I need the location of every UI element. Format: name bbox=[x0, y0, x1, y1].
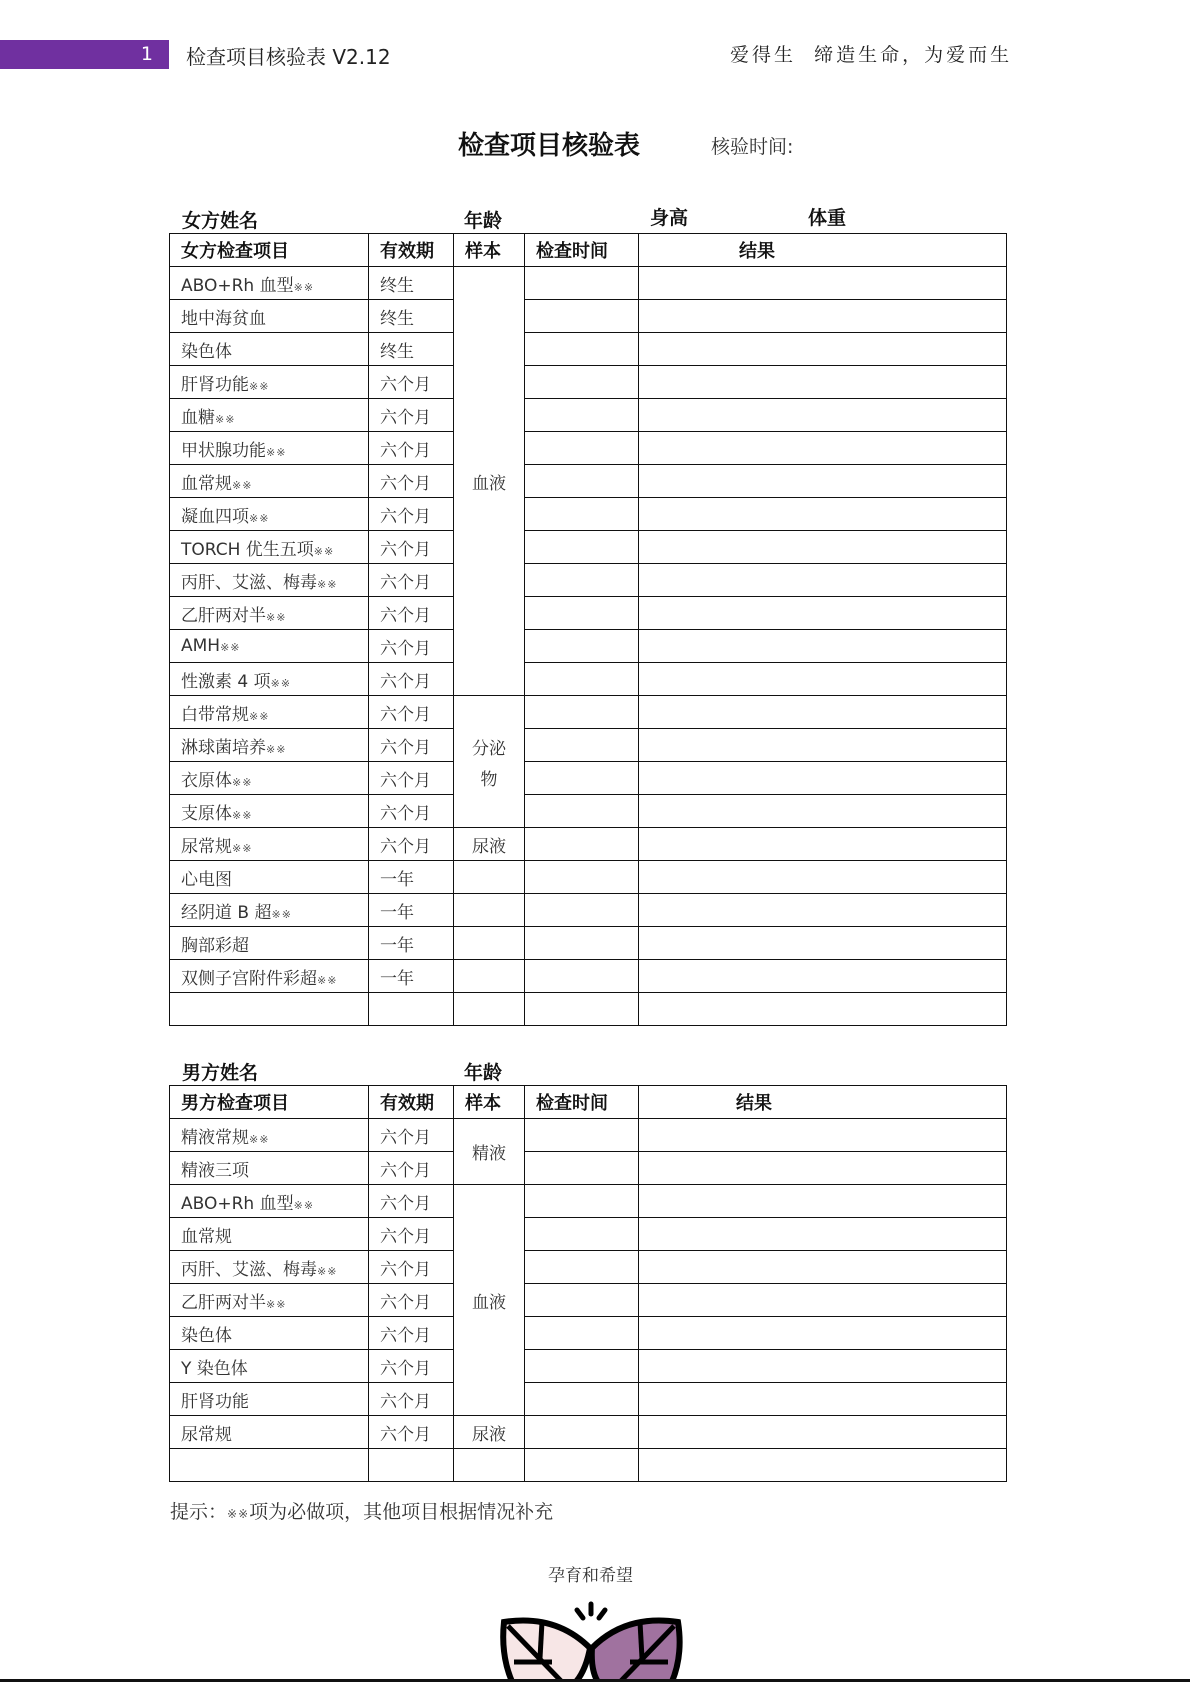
exam-time-field[interactable] bbox=[525, 1284, 639, 1317]
exam-item-name: 染色体 bbox=[181, 342, 232, 362]
exam-time-field[interactable] bbox=[525, 663, 639, 696]
exam-item-cell: 血常规※※ bbox=[170, 465, 369, 498]
validity-cell: 六个月 bbox=[369, 630, 454, 663]
result-field[interactable] bbox=[639, 960, 1007, 993]
exam-time-field[interactable] bbox=[525, 1218, 639, 1251]
exam-time-field[interactable] bbox=[525, 729, 639, 762]
exam-item-cell: 衣原体※※ bbox=[170, 762, 369, 795]
exam-time-field[interactable] bbox=[525, 1119, 639, 1152]
verify-time-label: 核验时间: bbox=[711, 132, 793, 159]
female-height-label: 身高 bbox=[650, 203, 688, 230]
required-mark-icon: ※※ bbox=[266, 446, 286, 459]
result-field[interactable] bbox=[639, 762, 1007, 795]
sample-cell: 尿液 bbox=[454, 1416, 525, 1449]
result-field[interactable] bbox=[639, 465, 1007, 498]
result-field[interactable] bbox=[639, 366, 1007, 399]
exam-time-field[interactable] bbox=[525, 1251, 639, 1284]
exam-item-cell bbox=[170, 993, 369, 1026]
exam-item-name: 肝肾功能 bbox=[181, 375, 249, 395]
sample-cell bbox=[454, 927, 525, 960]
exam-item-cell: 经阴道 B 超※※ bbox=[170, 894, 369, 927]
exam-item-name: 经阴道 B 超 bbox=[181, 903, 271, 923]
result-field[interactable] bbox=[639, 1317, 1007, 1350]
result-field[interactable] bbox=[639, 630, 1007, 663]
result-field[interactable] bbox=[639, 1350, 1007, 1383]
exam-time-field[interactable] bbox=[525, 267, 639, 300]
result-field[interactable] bbox=[639, 1152, 1007, 1185]
required-mark-icon: ※※ bbox=[227, 1507, 249, 1521]
table-row: AMH※※六个月 bbox=[170, 630, 1007, 663]
required-mark-icon: ※※ bbox=[266, 1298, 286, 1311]
validity-cell: 六个月 bbox=[369, 1185, 454, 1218]
exam-item-name: 淋球菌培养 bbox=[181, 738, 266, 758]
exam-time-field[interactable] bbox=[525, 531, 639, 564]
sample-type-label: 物 bbox=[454, 765, 524, 790]
table-header-row: 女方检查项目 有效期 样本 检查时间 结果 bbox=[170, 234, 1007, 267]
table-row: 血糖※※六个月 bbox=[170, 399, 1007, 432]
result-field[interactable] bbox=[639, 993, 1007, 1026]
sample-type-label: 精液 bbox=[454, 1139, 524, 1164]
table-row: 淋球菌培养※※六个月 bbox=[170, 729, 1007, 762]
exam-time-field[interactable] bbox=[525, 927, 639, 960]
exam-item-cell: 支原体※※ bbox=[170, 795, 369, 828]
table-row: 心电图一年 bbox=[170, 861, 1007, 894]
exam-item-name: 白带常规 bbox=[181, 705, 249, 725]
sample-cell: 血液 bbox=[454, 267, 525, 696]
sample-type-label: 血液 bbox=[454, 469, 524, 494]
exam-item-cell: 双侧子宫附件彩超※※ bbox=[170, 960, 369, 993]
exam-item-cell bbox=[170, 1449, 369, 1482]
required-mark-icon: ※※ bbox=[271, 908, 291, 921]
sample-type-label: 尿液 bbox=[454, 1420, 524, 1445]
validity-cell bbox=[369, 993, 454, 1026]
exam-item-name: 精液常规 bbox=[181, 1128, 249, 1148]
required-mark-icon: ※※ bbox=[232, 809, 252, 822]
exam-item-cell: 精液三项 bbox=[170, 1152, 369, 1185]
exam-item-name: ABO+Rh 血型 bbox=[181, 276, 294, 296]
table-row: 染色体六个月 bbox=[170, 1317, 1007, 1350]
exam-item-name: 地中海贫血 bbox=[181, 309, 266, 329]
exam-time-field[interactable] bbox=[525, 366, 639, 399]
page-title: 检查项目核验表 bbox=[458, 125, 640, 162]
result-field[interactable] bbox=[639, 597, 1007, 630]
exam-time-field[interactable] bbox=[525, 564, 639, 597]
table-row: 尿常规六个月尿液 bbox=[170, 1416, 1007, 1449]
validity-cell: 终生 bbox=[369, 267, 454, 300]
exam-time-field[interactable] bbox=[525, 1416, 639, 1449]
table-row: 胸部彩超一年 bbox=[170, 927, 1007, 960]
exam-time-field[interactable] bbox=[525, 696, 639, 729]
result-field[interactable] bbox=[639, 1416, 1007, 1449]
exam-item-name: 尿常规 bbox=[181, 1425, 232, 1445]
exam-item-cell: ABO+Rh 血型※※ bbox=[170, 1185, 369, 1218]
table-row: 精液三项六个月 bbox=[170, 1152, 1007, 1185]
required-mark-icon: ※※ bbox=[317, 974, 337, 987]
result-field[interactable] bbox=[639, 531, 1007, 564]
required-mark-icon: ※※ bbox=[232, 479, 252, 492]
female-exam-table: 女方检查项目 有效期 样本 检查时间 结果 ABO+Rh 血型※※终生血液地中海… bbox=[169, 233, 1007, 1026]
col-header-item: 女方检查项目 bbox=[170, 234, 369, 267]
result-field[interactable] bbox=[639, 564, 1007, 597]
table-row: ABO+Rh 血型※※终生血液 bbox=[170, 267, 1007, 300]
table-row: 白带常规※※六个月分泌物 bbox=[170, 696, 1007, 729]
exam-time-field[interactable] bbox=[525, 630, 639, 663]
validity-cell: 六个月 bbox=[369, 1383, 454, 1416]
table-row: 肝肾功能六个月 bbox=[170, 1383, 1007, 1416]
col-header-validity: 有效期 bbox=[369, 234, 454, 267]
exam-item-name: 甲状腺功能 bbox=[181, 441, 266, 461]
validity-cell: 六个月 bbox=[369, 597, 454, 630]
required-mark-icon: ※※ bbox=[232, 776, 252, 789]
validity-cell: 六个月 bbox=[369, 465, 454, 498]
result-field[interactable] bbox=[639, 333, 1007, 366]
validity-cell: 六个月 bbox=[369, 1119, 454, 1152]
male-exam-table: 男方检查项目 有效期 样本 检查时间 结果 精液常规※※六个月精液精液三项六个月… bbox=[169, 1085, 1007, 1482]
footer-tagline: 孕育和希望 bbox=[548, 1561, 633, 1586]
required-mark-icon: ※※ bbox=[317, 1265, 337, 1278]
exam-time-field[interactable] bbox=[525, 399, 639, 432]
leaf-logo-icon bbox=[496, 1600, 686, 1682]
exam-item-name: 乙肝两对半 bbox=[181, 606, 266, 626]
exam-item-cell: 淋球菌培养※※ bbox=[170, 729, 369, 762]
required-mark-icon: ※※ bbox=[266, 611, 286, 624]
required-mark-icon: ※※ bbox=[294, 281, 314, 294]
document-title: 检查项目核验表 V2.12 bbox=[186, 41, 391, 70]
exam-item-cell: 白带常规※※ bbox=[170, 696, 369, 729]
table-row: 尿常规※※六个月尿液 bbox=[170, 828, 1007, 861]
result-field[interactable] bbox=[639, 1218, 1007, 1251]
result-field[interactable] bbox=[639, 927, 1007, 960]
exam-item-name: 丙肝、艾滋、梅毒 bbox=[181, 1260, 317, 1280]
exam-item-cell: 染色体 bbox=[170, 333, 369, 366]
result-field[interactable] bbox=[639, 1119, 1007, 1152]
exam-time-field[interactable] bbox=[525, 1185, 639, 1218]
table-row: 染色体终生 bbox=[170, 333, 1007, 366]
table-row: TORCH 优生五项※※六个月 bbox=[170, 531, 1007, 564]
table-row: 甲状腺功能※※六个月 bbox=[170, 432, 1007, 465]
female-age-label: 年龄 bbox=[464, 206, 502, 233]
result-field[interactable] bbox=[639, 1251, 1007, 1284]
sample-type-label: 尿液 bbox=[454, 832, 524, 857]
required-mark-icon: ※※ bbox=[215, 413, 235, 426]
sample-cell: 血液 bbox=[454, 1185, 525, 1416]
col-header-result: 结果 bbox=[639, 234, 1007, 267]
validity-cell: 一年 bbox=[369, 960, 454, 993]
sample-cell: 尿液 bbox=[454, 828, 525, 861]
exam-item-name: 精液三项 bbox=[181, 1161, 249, 1181]
page-number: 1 bbox=[141, 43, 153, 65]
table-row: Y 染色体六个月 bbox=[170, 1350, 1007, 1383]
exam-item-name: 血糖 bbox=[181, 408, 215, 428]
result-field[interactable] bbox=[639, 795, 1007, 828]
table-row: 丙肝、艾滋、梅毒※※六个月 bbox=[170, 1251, 1007, 1284]
hint-text: 项为必做项，其他项目根据情况补充 bbox=[249, 1501, 553, 1523]
validity-cell: 六个月 bbox=[369, 531, 454, 564]
exam-item-cell: 丙肝、艾滋、梅毒※※ bbox=[170, 1251, 369, 1284]
exam-item-name: Y 染色体 bbox=[181, 1359, 248, 1379]
validity-cell: 一年 bbox=[369, 894, 454, 927]
hint-prefix: 提示： bbox=[170, 1501, 227, 1523]
exam-time-field[interactable] bbox=[525, 465, 639, 498]
exam-item-cell: 甲状腺功能※※ bbox=[170, 432, 369, 465]
required-mark-icon: ※※ bbox=[294, 1199, 314, 1212]
validity-cell: 六个月 bbox=[369, 1284, 454, 1317]
exam-time-field[interactable] bbox=[525, 432, 639, 465]
validity-cell: 六个月 bbox=[369, 498, 454, 531]
required-mark-icon: ※※ bbox=[317, 578, 337, 591]
table-row: 凝血四项※※六个月 bbox=[170, 498, 1007, 531]
result-field[interactable] bbox=[639, 267, 1007, 300]
result-field[interactable] bbox=[639, 1185, 1007, 1218]
validity-cell: 六个月 bbox=[369, 696, 454, 729]
result-field[interactable] bbox=[639, 432, 1007, 465]
required-mark-icon: ※※ bbox=[249, 512, 269, 525]
result-field[interactable] bbox=[639, 894, 1007, 927]
validity-cell: 六个月 bbox=[369, 1350, 454, 1383]
exam-item-name: 肝肾功能 bbox=[181, 1392, 249, 1412]
sample-cell bbox=[454, 894, 525, 927]
exam-item-name: ABO+Rh 血型 bbox=[181, 1194, 294, 1214]
table-row: ABO+Rh 血型※※六个月血液 bbox=[170, 1185, 1007, 1218]
table-row: 血常规※※六个月 bbox=[170, 465, 1007, 498]
sample-cell: 分泌物 bbox=[454, 696, 525, 828]
exam-time-field[interactable] bbox=[525, 894, 639, 927]
sample-cell bbox=[454, 1449, 525, 1482]
exam-item-name: 尿常规 bbox=[181, 837, 232, 857]
exam-time-field[interactable] bbox=[525, 498, 639, 531]
col-header-sample: 样本 bbox=[454, 1086, 525, 1119]
table-row: 性激素 4 项※※六个月 bbox=[170, 663, 1007, 696]
table-row: 肝肾功能※※六个月 bbox=[170, 366, 1007, 399]
exam-item-cell: 凝血四项※※ bbox=[170, 498, 369, 531]
exam-item-cell: AMH※※ bbox=[170, 630, 369, 663]
exam-item-cell: TORCH 优生五项※※ bbox=[170, 531, 369, 564]
col-header-result: 结果 bbox=[639, 1086, 1007, 1119]
exam-time-field[interactable] bbox=[525, 1449, 639, 1482]
exam-time-field[interactable] bbox=[525, 861, 639, 894]
exam-item-name: 血常规 bbox=[181, 1227, 232, 1247]
result-field[interactable] bbox=[639, 1383, 1007, 1416]
validity-cell: 六个月 bbox=[369, 795, 454, 828]
required-mark-icon: ※※ bbox=[249, 1133, 269, 1146]
table-row bbox=[170, 1449, 1007, 1482]
result-field[interactable] bbox=[639, 1449, 1007, 1482]
exam-item-name: 心电图 bbox=[181, 870, 232, 890]
exam-time-field[interactable] bbox=[525, 1152, 639, 1185]
exam-item-cell: 性激素 4 项※※ bbox=[170, 663, 369, 696]
required-mark-icon: ※※ bbox=[232, 842, 252, 855]
exam-time-field[interactable] bbox=[525, 828, 639, 861]
exam-item-cell: 心电图 bbox=[170, 861, 369, 894]
validity-cell: 六个月 bbox=[369, 564, 454, 597]
exam-time-field[interactable] bbox=[525, 960, 639, 993]
validity-cell: 六个月 bbox=[369, 663, 454, 696]
table-row: 衣原体※※六个月 bbox=[170, 762, 1007, 795]
page-number-bar: 1 bbox=[0, 40, 169, 69]
exam-item-cell: ABO+Rh 血型※※ bbox=[170, 267, 369, 300]
exam-item-name: 支原体 bbox=[181, 804, 232, 824]
exam-time-field[interactable] bbox=[525, 993, 639, 1026]
table-row: 双侧子宫附件彩超※※一年 bbox=[170, 960, 1007, 993]
exam-item-cell: 血常规 bbox=[170, 1218, 369, 1251]
exam-time-field[interactable] bbox=[525, 333, 639, 366]
table-row: 乙肝两对半※※六个月 bbox=[170, 597, 1007, 630]
col-header-item: 男方检查项目 bbox=[170, 1086, 369, 1119]
col-header-exam-time: 检查时间 bbox=[525, 234, 639, 267]
exam-item-cell: 精液常规※※ bbox=[170, 1119, 369, 1152]
exam-time-field[interactable] bbox=[525, 300, 639, 333]
exam-item-cell: 尿常规 bbox=[170, 1416, 369, 1449]
validity-cell: 一年 bbox=[369, 927, 454, 960]
table-header-row: 男方检查项目 有效期 样本 检查时间 结果 bbox=[170, 1086, 1007, 1119]
female-name-label: 女方姓名 bbox=[182, 206, 258, 233]
result-field[interactable] bbox=[639, 861, 1007, 894]
sample-cell bbox=[454, 960, 525, 993]
exam-item-cell: Y 染色体 bbox=[170, 1350, 369, 1383]
required-mark-icon: ※※ bbox=[314, 545, 334, 558]
result-field[interactable] bbox=[639, 696, 1007, 729]
table-row bbox=[170, 993, 1007, 1026]
exam-item-cell: 尿常规※※ bbox=[170, 828, 369, 861]
validity-cell: 六个月 bbox=[369, 366, 454, 399]
required-mark-icon: ※※ bbox=[249, 710, 269, 723]
validity-cell: 六个月 bbox=[369, 1416, 454, 1449]
table-row: 血常规六个月 bbox=[170, 1218, 1007, 1251]
exam-item-name: 乙肝两对半 bbox=[181, 1293, 266, 1313]
required-mark-icon: ※※ bbox=[249, 380, 269, 393]
exam-item-name: TORCH 优生五项 bbox=[181, 540, 314, 560]
exam-item-cell: 丙肝、艾滋、梅毒※※ bbox=[170, 564, 369, 597]
exam-item-name: 双侧子宫附件彩超 bbox=[181, 969, 317, 989]
col-header-sample: 样本 bbox=[454, 234, 525, 267]
exam-time-field[interactable] bbox=[525, 1350, 639, 1383]
male-age-label: 年龄 bbox=[464, 1058, 502, 1085]
required-mark-icon: ※※ bbox=[266, 743, 286, 756]
required-mark-icon: ※※ bbox=[271, 677, 291, 690]
exam-time-field[interactable] bbox=[525, 795, 639, 828]
required-mark-icon: ※※ bbox=[220, 641, 240, 654]
sample-cell bbox=[454, 993, 525, 1026]
exam-time-field[interactable] bbox=[525, 1383, 639, 1416]
sample-cell bbox=[454, 861, 525, 894]
col-header-exam-time: 检查时间 bbox=[525, 1086, 639, 1119]
table-row: 精液常规※※六个月精液 bbox=[170, 1119, 1007, 1152]
table-row: 丙肝、艾滋、梅毒※※六个月 bbox=[170, 564, 1007, 597]
exam-item-name: 凝血四项 bbox=[181, 507, 249, 527]
validity-cell: 一年 bbox=[369, 861, 454, 894]
exam-item-name: AMH bbox=[181, 636, 220, 656]
exam-item-cell: 染色体 bbox=[170, 1317, 369, 1350]
result-field[interactable] bbox=[639, 1284, 1007, 1317]
validity-cell: 六个月 bbox=[369, 1218, 454, 1251]
exam-item-name: 染色体 bbox=[181, 1326, 232, 1346]
table-row: 支原体※※六个月 bbox=[170, 795, 1007, 828]
sample-cell: 精液 bbox=[454, 1119, 525, 1185]
exam-item-cell: 地中海贫血 bbox=[170, 300, 369, 333]
validity-cell: 六个月 bbox=[369, 729, 454, 762]
exam-item-name: 血常规 bbox=[181, 474, 232, 494]
exam-item-cell: 乙肝两对半※※ bbox=[170, 597, 369, 630]
exam-item-cell: 肝肾功能※※ bbox=[170, 366, 369, 399]
col-header-validity: 有效期 bbox=[369, 1086, 454, 1119]
validity-cell: 终生 bbox=[369, 333, 454, 366]
exam-item-cell: 胸部彩超 bbox=[170, 927, 369, 960]
hint-note: 提示：※※项为必做项，其他项目根据情况补充 bbox=[170, 1497, 553, 1524]
result-field[interactable] bbox=[639, 300, 1007, 333]
exam-item-cell: 乙肝两对半※※ bbox=[170, 1284, 369, 1317]
validity-cell: 六个月 bbox=[369, 1152, 454, 1185]
validity-cell: 终生 bbox=[369, 300, 454, 333]
validity-cell: 六个月 bbox=[369, 432, 454, 465]
exam-item-cell: 肝肾功能 bbox=[170, 1383, 369, 1416]
result-field[interactable] bbox=[639, 498, 1007, 531]
sample-type-label: 分泌 bbox=[454, 734, 524, 759]
exam-item-name: 胸部彩超 bbox=[181, 936, 249, 956]
female-weight-label: 体重 bbox=[808, 203, 846, 230]
validity-cell: 六个月 bbox=[369, 1251, 454, 1284]
exam-time-field[interactable] bbox=[525, 1317, 639, 1350]
validity-cell: 六个月 bbox=[369, 1317, 454, 1350]
exam-item-name: 丙肝、艾滋、梅毒 bbox=[181, 573, 317, 593]
table-row: 地中海贫血终生 bbox=[170, 300, 1007, 333]
exam-time-field[interactable] bbox=[525, 597, 639, 630]
result-field[interactable] bbox=[639, 663, 1007, 696]
validity-cell: 六个月 bbox=[369, 762, 454, 795]
result-field[interactable] bbox=[639, 729, 1007, 762]
male-name-label: 男方姓名 bbox=[182, 1058, 258, 1085]
exam-item-cell: 血糖※※ bbox=[170, 399, 369, 432]
brand-slogan: 爱得生 缔造生命，为爱而生 bbox=[730, 40, 1012, 67]
exam-time-field[interactable] bbox=[525, 762, 639, 795]
validity-cell: 六个月 bbox=[369, 828, 454, 861]
table-row: 乙肝两对半※※六个月 bbox=[170, 1284, 1007, 1317]
validity-cell: 六个月 bbox=[369, 399, 454, 432]
exam-item-name: 衣原体 bbox=[181, 771, 232, 791]
result-field[interactable] bbox=[639, 399, 1007, 432]
validity-cell bbox=[369, 1449, 454, 1482]
exam-item-name: 性激素 4 项 bbox=[181, 672, 271, 692]
table-row: 经阴道 B 超※※一年 bbox=[170, 894, 1007, 927]
result-field[interactable] bbox=[639, 828, 1007, 861]
sample-type-label: 血液 bbox=[454, 1288, 524, 1313]
